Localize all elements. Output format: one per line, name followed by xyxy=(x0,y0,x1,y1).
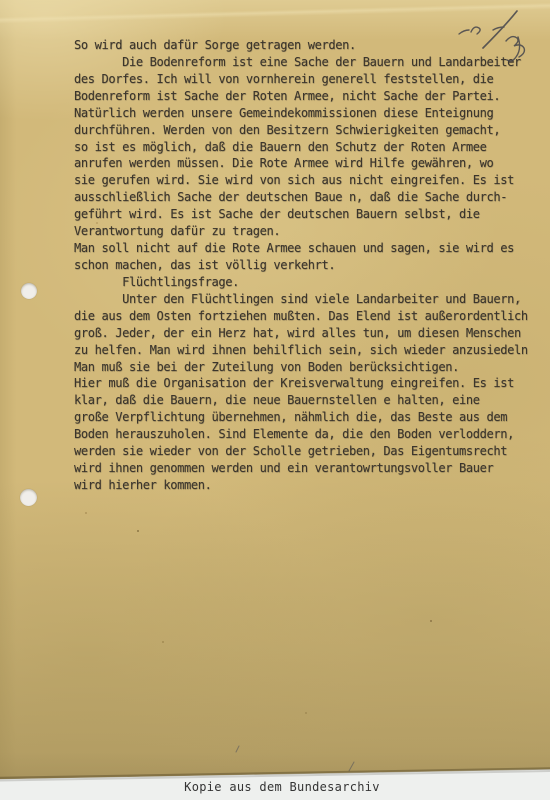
archive-caption: Kopie aus dem Bundesarchiv xyxy=(0,780,550,794)
caption-strip: Kopie aus dem Bundesarchiv xyxy=(0,772,550,800)
typewritten-text: So wird auch dafür Sorge getragen werden… xyxy=(74,37,528,494)
hole-punch-bottom xyxy=(20,489,37,506)
hole-punch-top xyxy=(21,283,37,299)
document-scan: So wird auch dafür Sorge getragen werden… xyxy=(0,0,550,800)
